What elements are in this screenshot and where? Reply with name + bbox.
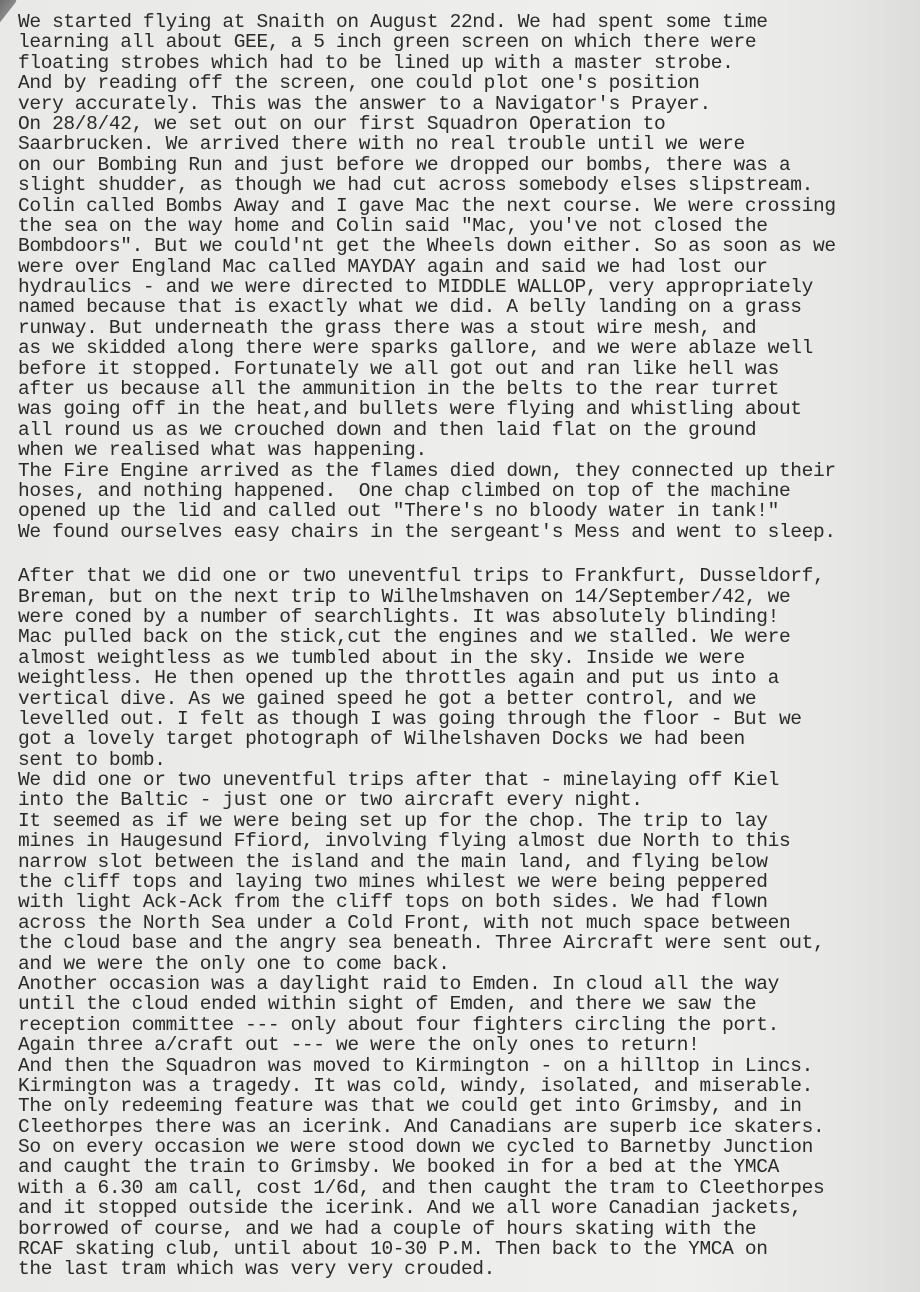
text-line: the cliff tops and laying two mines whil… <box>18 872 914 892</box>
text-line: We found ourselves easy chairs in the se… <box>18 522 914 542</box>
pen-tip <box>0 0 18 86</box>
text-line: with light Ack-Ack from the cliff tops o… <box>18 892 914 912</box>
text-line: hydraulics - and we were directed to MID… <box>18 277 914 297</box>
paragraph-gap <box>18 542 918 566</box>
text-line: sent to bomb. <box>18 750 914 770</box>
text-line: On 28/8/42, we set out on our first Squa… <box>18 114 914 134</box>
text-line: opened up the lid and called out "There'… <box>18 501 914 521</box>
text-line: until the cloud ended within sight of Em… <box>18 994 914 1014</box>
text-line: slight shudder, as though we had cut acr… <box>18 175 914 195</box>
text-line: Mac pulled back on the stick,cut the eng… <box>18 627 914 647</box>
text-line: runway. But underneath the grass there w… <box>18 318 914 338</box>
text-line: Bombdoors". But we could'nt get the Whee… <box>18 236 914 256</box>
text-line: And then the Squadron was moved to Kirmi… <box>18 1056 914 1076</box>
text-line: the last tram which was very very croude… <box>18 1259 914 1279</box>
text-line: on our Bombing Run and just before we dr… <box>18 155 914 175</box>
text-line: before it stopped. Fortunately we all go… <box>18 359 914 379</box>
text-line: We did one or two uneventful trips after… <box>18 770 914 790</box>
text-line: into the Baltic - just one or two aircra… <box>18 790 914 810</box>
text-line: vertical dive. As we gained speed he got… <box>18 689 914 709</box>
text-line: the cloud base and the angry sea beneath… <box>18 933 914 953</box>
text-line: It seemed as if we were being set up for… <box>18 811 914 831</box>
text-line: were coned by a number of searchlights. … <box>18 607 914 627</box>
typewritten-page: We started flying at Snaith on August 22… <box>18 12 918 1280</box>
text-line: Cleethorpes there was an icerink. And Ca… <box>18 1117 914 1137</box>
text-line: as we skidded along there were sparks ga… <box>18 338 914 358</box>
text-line: hoses, and nothing happened. One chap cl… <box>18 481 914 501</box>
text-line: levelled out. I felt as though I was goi… <box>18 709 914 729</box>
text-line: We started flying at Snaith on August 22… <box>18 12 914 32</box>
text-line: almost weightless as we tumbled about in… <box>18 648 914 668</box>
text-line: floating strobes which had to be lined u… <box>18 53 914 73</box>
text-line: across the North Sea under a Cold Front,… <box>18 913 914 933</box>
text-line: the sea on the way home and Colin said "… <box>18 216 914 236</box>
text-line: narrow slot between the island and the m… <box>18 852 914 872</box>
paragraph-2: After that we did one or two uneventful … <box>18 566 918 1280</box>
text-line: Breman, but on the next trip to Wilhelms… <box>18 587 914 607</box>
text-line: mines in Haugesund Ffiord, involving fly… <box>18 831 914 851</box>
text-line: were over England Mac called MAYDAY agai… <box>18 257 914 277</box>
text-line: and it stopped outside the icerink. And … <box>18 1198 914 1218</box>
text-line: Another occasion was a daylight raid to … <box>18 974 914 994</box>
text-line: weightless. He then opened up the thrott… <box>18 668 914 688</box>
text-line: So on every occasion we were stood down … <box>18 1137 914 1157</box>
text-line: very accurately. This was the answer to … <box>18 94 914 114</box>
text-line: and we were the only one to come back. <box>18 954 914 974</box>
text-line: Again three a/craft out --- we were the … <box>18 1035 914 1055</box>
text-line: And by reading off the screen, one could… <box>18 73 914 93</box>
text-line: The Fire Engine arrived as the flames di… <box>18 461 914 481</box>
text-line: borrowed of course, and we had a couple … <box>18 1219 914 1239</box>
text-line: and caught the train to Grimsby. We book… <box>18 1157 914 1177</box>
text-line: all round us as we crouched down and the… <box>18 420 914 440</box>
text-line: named because that is exactly what we di… <box>18 297 914 317</box>
text-line: learning all about GEE, a 5 inch green s… <box>18 32 914 52</box>
text-line: Colin called Bombs Away and I gave Mac t… <box>18 196 914 216</box>
text-line: was going off in the heat,and bullets we… <box>18 399 914 419</box>
text-line: when we realised what was happening. <box>18 440 914 460</box>
paragraph-1: We started flying at Snaith on August 22… <box>18 12 918 542</box>
text-line: after us because all the ammunition in t… <box>18 379 914 399</box>
text-line: The only redeeming feature was that we c… <box>18 1096 914 1116</box>
text-line: Kirmington was a tragedy. It was cold, w… <box>18 1076 914 1096</box>
text-line: Saarbrucken. We arrived there with no re… <box>18 134 914 154</box>
text-line: reception committee --- only about four … <box>18 1015 914 1035</box>
text-line: with a 6.30 am call, cost 1/6d, and then… <box>18 1178 914 1198</box>
text-line: After that we did one or two uneventful … <box>18 566 914 586</box>
text-line: got a lovely target photograph of Wilhel… <box>18 729 914 749</box>
text-line: RCAF skating club, until about 10-30 P.M… <box>18 1239 914 1259</box>
